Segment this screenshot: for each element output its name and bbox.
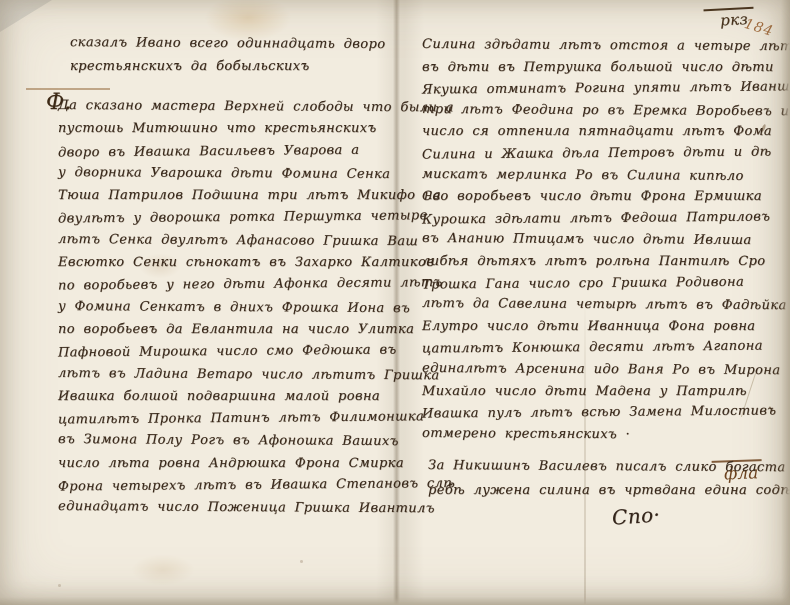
manuscript-line: единалѣтъ Арсенина идо Ваня Ро въ Мирона — [422, 358, 770, 382]
manuscript-line: отмерено крестьянскихъ · — [422, 423, 770, 447]
manuscript-scan: ркз 184 Ф. фла сказалъ Ивано всего одинн… — [0, 0, 790, 605]
manuscript-line: За Никишинъ Василевъ писалъ слико богаст… — [428, 454, 744, 480]
manuscript-line: Курошка здѣлати лѣтъ Федоша Патриловъ — [422, 206, 770, 231]
manuscript-line: единадцатъ число Поженица Гришка Ивантил… — [58, 496, 390, 520]
manuscript-line: Пафновой Мирошка число смо Федюшка въ — [58, 340, 390, 365]
manuscript-line: цатилѣтъ Конюшка десяти лѣтъ Агапона — [422, 336, 770, 361]
manuscript-line: Да сказано мастера Верхней слободы что б… — [58, 95, 390, 119]
manuscript-line: ребѣ лужена силина въ чртвдана едина сод… — [428, 479, 744, 503]
manuscript-line: Евсютко Сенки сѣнокатъ въ Захарко Калтик… — [58, 252, 390, 274]
manuscript-line: Трошка Гана число сро Гришка Родивона — [422, 271, 770, 296]
manuscript-line: двулѣтъ у дворошка ротка Першутка четыре — [58, 206, 390, 231]
manuscript-line: дворо въ Ивашка Васильевъ Уварова а — [58, 139, 390, 164]
ink-speck — [300, 560, 303, 563]
manuscript-line: по воробьевъ у него дѣти Афонка десяти л… — [58, 273, 390, 298]
manuscript-line: крестьянскихъ да бобыльскихъ — [70, 55, 370, 78]
right-page-closing: За Никишинъ Василевъ писалъ слико богаст… — [428, 455, 744, 503]
manuscript-line: Елутро число дѣти Иванница Фона ровна — [422, 316, 770, 338]
manuscript-line: цатилѣтъ Пронка Патинъ лѣтъ Филимоншка — [58, 407, 390, 432]
manuscript-line: въ Ананию Птицамъ число дѣти Ивлиша — [422, 228, 770, 252]
page-edge — [0, 597, 790, 605]
manuscript-line: Михайло число дѣти Мадена у Патрилѣ — [422, 381, 770, 403]
right-page-body: Силина здѣдати лѣтъ отстоя а четыре лѣтъ… — [422, 35, 770, 445]
manuscript-line: Ивашка пулъ лѣтъ всѣю Замена Милостивъ — [422, 401, 770, 426]
manuscript-line: въ дѣти въ Петрушка большой число дѣти — [422, 57, 770, 79]
left-page-header: сказалъ Ивано всего одиннадцать дворокре… — [70, 32, 370, 78]
left-page-body: Да сказано мастера Верхней слободы что б… — [58, 96, 390, 520]
manuscript-line: либѣя дѣтяхъ лѣтъ ролѣна Пантилѣ Сро — [422, 251, 770, 273]
manuscript-line: пустошь Митюшино что крестьянскихъ — [58, 118, 390, 140]
manuscript-line: по воробьевъ да Евлантила на число Улитк… — [58, 319, 390, 341]
manuscript-line: Силина здѣдати лѣтъ отстоя а четыре лѣтъ… — [422, 34, 770, 58]
manuscript-line: у Фомина Сенкатъ в днихъ Фрошка Иона въ — [58, 296, 390, 320]
manuscript-line: лѣтъ Сенка двулѣтъ Афанасово Гришка Ваш — [58, 229, 390, 253]
manuscript-line: лѣтъ да Савелина четырѣ лѣтъ въ Фадѣйка — [422, 293, 770, 317]
manuscript-line: Силина и Жашка дѣла Петровъ дѣти и дѣ — [422, 141, 770, 166]
ink-speck — [58, 584, 61, 587]
manuscript-line: три лѣтъ Феодина ро въ Еремка Воробьевъ … — [422, 99, 770, 123]
manuscript-line: Фрона четырехъ лѣтъ въ Ивашка Степановъ … — [58, 474, 390, 499]
manuscript-line: Ивашка болшой подваршина малой ровна — [58, 386, 390, 408]
manuscript-line: сказалъ Ивано всего одиннадцать дворо — [70, 31, 370, 56]
manuscript-line: Якушка отминатъ Рогина упяти лѣтъ Иванши… — [422, 77, 770, 102]
manuscript-line: въ Зимона Полу Рогъ въ Афоношка Вашихъ — [58, 429, 390, 453]
manuscript-line: число лѣта ровна Андрюшка Фрона Смирка — [58, 453, 390, 475]
manuscript-line: у дворника Уварошка дѣти Фомина Сенка — [58, 162, 390, 186]
manuscript-line: Сво воробьевъ число дѣти Фрона Ермишка — [422, 186, 770, 208]
manuscript-line: Тюша Патрилов Подшина три лѣтъ Микифо на — [58, 185, 390, 207]
torn-corner — [0, 0, 52, 32]
manuscript-line: число ся отпенила пятнадцати лѣтъ Фома — [422, 121, 770, 143]
paper-stain — [118, 548, 208, 592]
scribe-signature: Спо· — [611, 502, 661, 529]
page-edge — [781, 0, 790, 605]
manuscript-line: мискатъ мерлинка Ро въ Силина кипѣло — [422, 163, 770, 187]
manuscript-line: лѣтъ въ Ладина Ветаро число лѣтитъ Гришк… — [58, 363, 390, 387]
